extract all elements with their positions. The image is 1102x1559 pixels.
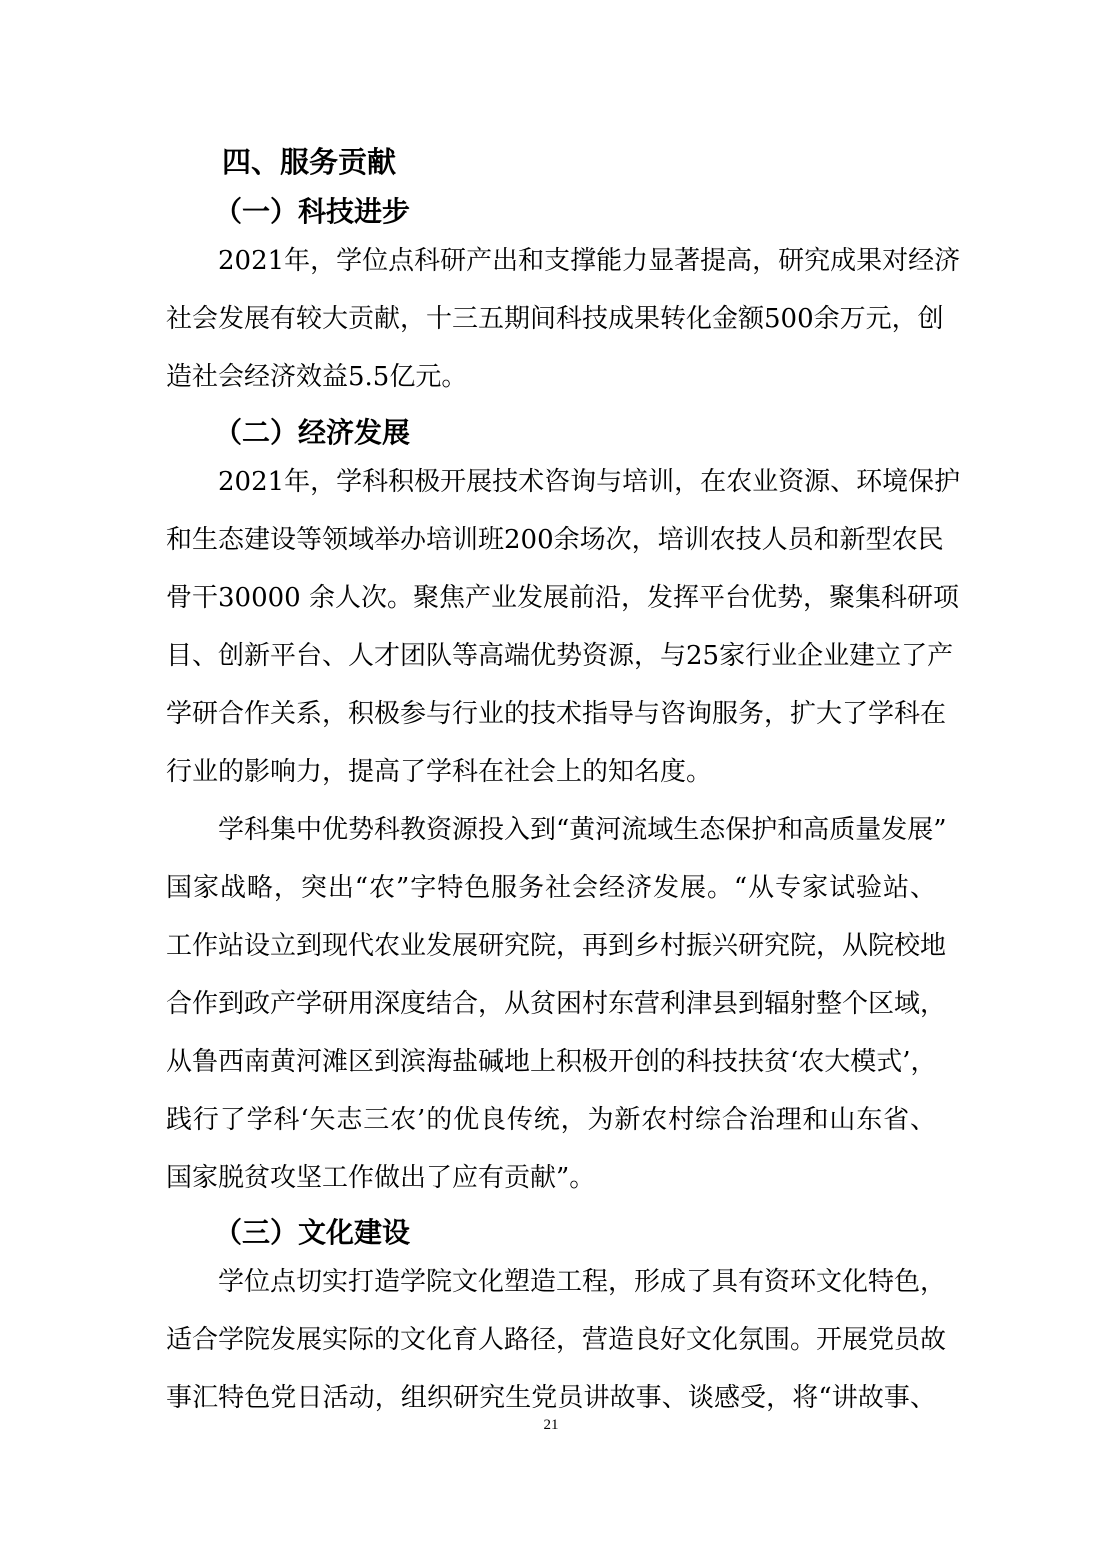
paragraph-line: 目、创新平台、人才团队等高端优势资源，与25家行业企业建立了产	[166, 638, 936, 674]
page-number: 21	[0, 1415, 1102, 1435]
paragraph-line: 行业的影响力，提高了学科在社会上的知名度。	[166, 754, 936, 790]
paragraph-line: 造社会经济效益5.5亿元。	[166, 359, 936, 395]
section-title: 四、服务贡献	[222, 142, 396, 182]
paragraph-line: 适合学院发展实际的文化育人路径，营造良好文化氛围。开展党员故	[166, 1322, 936, 1358]
paragraph-line: 学科集中优势科教资源投入到“黄河流域生态保护和高质量发展”	[218, 812, 936, 848]
paragraph-line: 国家脱贫攻坚工作做出了应有贡献”。	[166, 1160, 936, 1196]
paragraph-line: 骨干30000 余人次。聚焦产业发展前沿，发挥平台优势，聚集科研项	[166, 580, 936, 616]
subsection-heading-economic-development: （二）经济发展	[214, 413, 410, 453]
paragraph-line: 学研合作关系，积极参与行业的技术指导与咨询服务，扩大了学科在	[166, 696, 936, 732]
paragraph-line: 国家战略，突出“农”字特色服务社会经济发展。“从专家试验站、	[166, 870, 936, 906]
paragraph-line: 践行了学科‘矢志三农’的优良传统，为新农村综合治理和山东省、	[166, 1102, 936, 1138]
paragraph-line: 合作到政产学研用深度结合，从贫困村东营利津县到辐射整个区域，	[166, 986, 936, 1022]
subsection-heading-tech-progress: （一）科技进步	[214, 192, 410, 232]
paragraph-line: 工作站设立到现代农业发展研究院，再到乡村振兴研究院，从院校地	[166, 928, 936, 964]
paragraph-line: 2021年，学位点科研产出和支撑能力显著提高，研究成果对经济	[218, 243, 936, 279]
document-page: 四、服务贡献 （一）科技进步 2021年，学位点科研产出和支撑能力显著提高，研究…	[0, 0, 1102, 1559]
paragraph-line: 和生态建设等领域举办培训班200余场次，培训农技人员和新型农民	[166, 522, 936, 558]
paragraph-line: 从鲁西南黄河滩区到滨海盐碱地上积极开创的科技扶贫‘农大模式’，	[166, 1044, 936, 1080]
paragraph-line: 2021年，学科积极开展技术咨询与培训，在农业资源、环境保护	[218, 464, 936, 500]
subsection-heading-cultural-construction: （三）文化建设	[214, 1213, 410, 1253]
paragraph-line: 社会发展有较大贡献，十三五期间科技成果转化金额500余万元，创	[166, 301, 936, 337]
paragraph-line: 事汇特色党日活动，组织研究生党员讲故事、谈感受，将“讲故事、	[166, 1380, 936, 1416]
paragraph-line: 学位点切实打造学院文化塑造工程，形成了具有资环文化特色，	[218, 1264, 936, 1300]
